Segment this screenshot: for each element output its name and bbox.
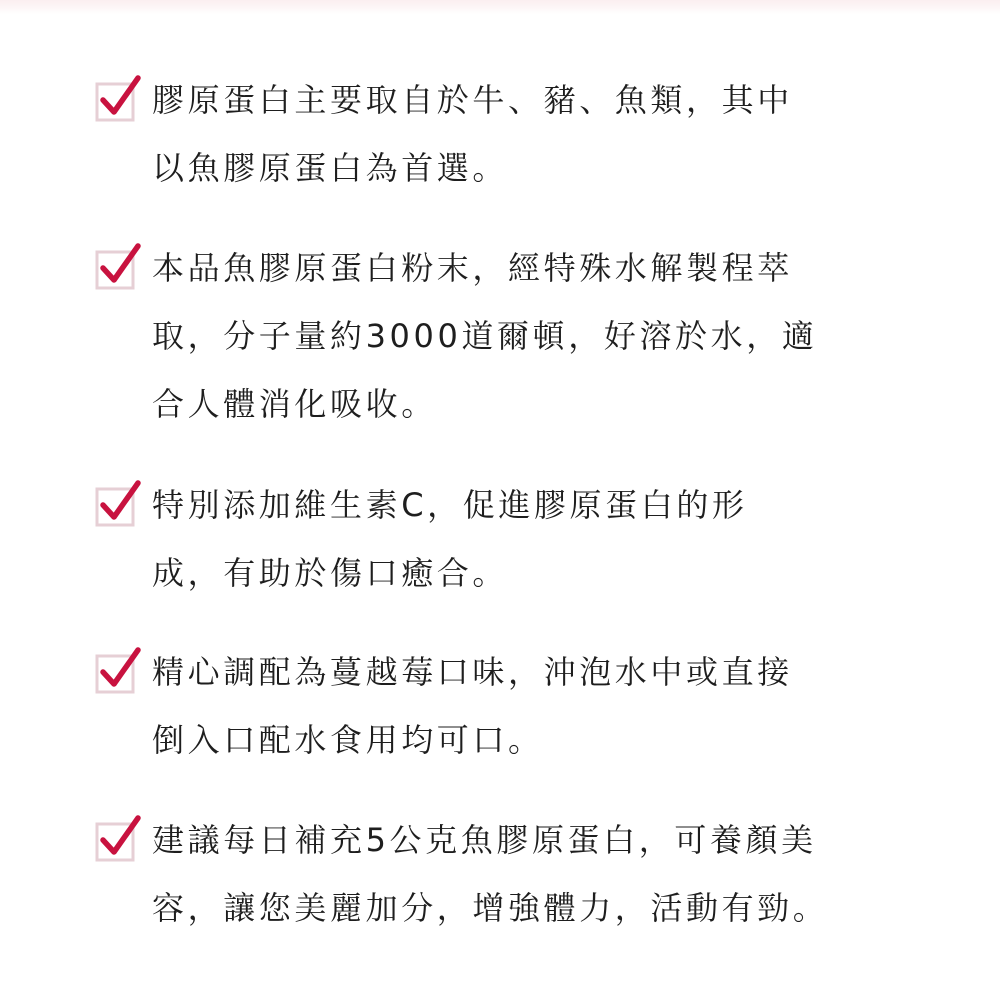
feature-line: 特別添加維生素C，促進膠原蛋白的形 bbox=[152, 471, 912, 539]
feature-line: 膠原蛋白主要取自於牛、豬、魚類，其中 bbox=[152, 66, 912, 134]
checkbox-checked-icon bbox=[94, 72, 142, 124]
feature-line: 倒入口配水食用均可口。 bbox=[152, 706, 912, 774]
checkbox-checked-icon bbox=[94, 644, 142, 696]
feature-line: 精心調配為蔓越莓口味，沖泡水中或直接 bbox=[152, 638, 912, 706]
feature-line: 以魚膠原蛋白為首選。 bbox=[152, 134, 912, 202]
feature-line: 取，分子量約3000道爾頓，好溶於水，適 bbox=[152, 302, 912, 370]
feature-text: 本品魚膠原蛋白粉末，經特殊水解製程萃 取，分子量約3000道爾頓，好溶於水，適 … bbox=[152, 234, 912, 438]
checkbox-checked-icon bbox=[94, 240, 142, 292]
feature-text: 建議每日補充5公克魚膠原蛋白，可養顏美 容，讓您美麗加分，增強體力，活動有勁。 bbox=[152, 806, 912, 942]
feature-text: 特別添加維生素C，促進膠原蛋白的形 成，有助於傷口癒合。 bbox=[152, 471, 912, 607]
feature-line: 本品魚膠原蛋白粉末，經特殊水解製程萃 bbox=[152, 234, 912, 302]
feature-line: 合人體消化吸收。 bbox=[152, 370, 912, 438]
checkbox-checked-icon bbox=[94, 812, 142, 864]
feature-text: 膠原蛋白主要取自於牛、豬、魚類，其中 以魚膠原蛋白為首選。 bbox=[152, 66, 912, 202]
feature-text: 精心調配為蔓越莓口味，沖泡水中或直接 倒入口配水食用均可口。 bbox=[152, 638, 912, 774]
feature-line: 容，讓您美麗加分，增強體力，活動有勁。 bbox=[152, 874, 912, 942]
feature-line: 建議每日補充5公克魚膠原蛋白，可養顏美 bbox=[152, 806, 912, 874]
top-fade-band bbox=[0, 0, 1000, 14]
checkbox-checked-icon bbox=[94, 477, 142, 529]
feature-line: 成，有助於傷口癒合。 bbox=[152, 539, 912, 607]
